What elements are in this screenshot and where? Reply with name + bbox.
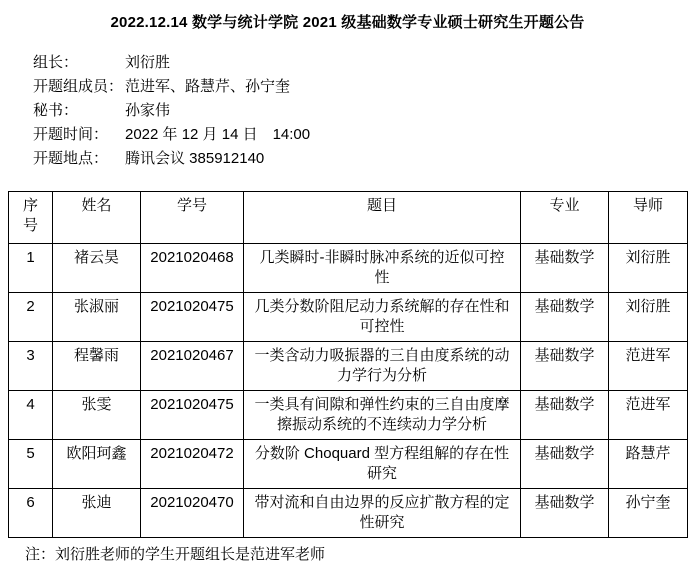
footnote: 注：刘衍胜老师的学生开题组长是范进军老师 bbox=[25, 545, 695, 562]
info-label: 秘书： bbox=[33, 99, 125, 123]
table-row: 6 张迪 2021020470 带对流和自由边界的反应扩散方程的定性研究 基础数… bbox=[9, 489, 688, 538]
serial-cell: 5 bbox=[9, 440, 53, 489]
info-value: 2022 年 12 月 14 日 14:00 bbox=[125, 123, 695, 147]
name-cell: 张淑丽 bbox=[53, 293, 141, 342]
advisor-cell: 范进军 bbox=[609, 391, 688, 440]
info-label: 开题地点： bbox=[33, 147, 125, 171]
table-row: 1 褚云昊 2021020468 几类瞬时-非瞬时脉冲系统的近似可控性 基础数学… bbox=[9, 244, 688, 293]
info-row-location: 开题地点： 腾讯会议 385912140 bbox=[33, 147, 695, 171]
name-cell: 欧阳珂鑫 bbox=[53, 440, 141, 489]
info-row-secretary: 秘书： 孙家伟 bbox=[33, 99, 695, 123]
student-id-cell: 2021020470 bbox=[141, 489, 244, 538]
serial-cell: 3 bbox=[9, 342, 53, 391]
info-row-time: 开题时间： 2022 年 12 月 14 日 14:00 bbox=[33, 123, 695, 147]
name-cell: 褚云昊 bbox=[53, 244, 141, 293]
table-row: 4 张雯 2021020475 一类具有间隙和弹性约束的三自由度摩擦振动系统的不… bbox=[9, 391, 688, 440]
serial-header: 序号 bbox=[9, 192, 53, 244]
thesis-title-cell: 分数阶 Choquard 型方程组解的存在性研究 bbox=[244, 440, 521, 489]
thesis-title-cell: 带对流和自由边界的反应扩散方程的定性研究 bbox=[244, 489, 521, 538]
major-cell: 基础数学 bbox=[521, 342, 609, 391]
serial-cell: 2 bbox=[9, 293, 53, 342]
table-row: 5 欧阳珂鑫 2021020472 分数阶 Choquard 型方程组解的存在性… bbox=[9, 440, 688, 489]
advisor-cell: 路慧芹 bbox=[609, 440, 688, 489]
announcement-document: 2022.12.14 数学与统计学院 2021 级基础数学专业硕士研究生开题公告… bbox=[0, 0, 695, 562]
info-value: 孙家伟 bbox=[125, 99, 695, 123]
advisor-cell: 孙宁奎 bbox=[609, 489, 688, 538]
thesis-title-cell: 一类具有间隙和弹性约束的三自由度摩擦振动系统的不连续动力学分析 bbox=[244, 391, 521, 440]
student-id-header: 学号 bbox=[141, 192, 244, 244]
page-title: 2022.12.14 数学与统计学院 2021 级基础数学专业硕士研究生开题公告 bbox=[0, 0, 695, 33]
name-cell: 张迪 bbox=[53, 489, 141, 538]
major-header: 专业 bbox=[521, 192, 609, 244]
student-id-cell: 2021020475 bbox=[141, 293, 244, 342]
thesis-title-cell: 一类含动力吸振器的三自由度系统的动力学行为分析 bbox=[244, 342, 521, 391]
table-row: 3 程馨雨 2021020467 一类含动力吸振器的三自由度系统的动力学行为分析… bbox=[9, 342, 688, 391]
thesis-title-cell: 几类瞬时-非瞬时脉冲系统的近似可控性 bbox=[244, 244, 521, 293]
thesis-title-header: 题目 bbox=[244, 192, 521, 244]
table-row: 2 张淑丽 2021020475 几类分数阶阻尼动力系统解的存在性和可控性 基础… bbox=[9, 293, 688, 342]
name-cell: 张雯 bbox=[53, 391, 141, 440]
serial-cell: 1 bbox=[9, 244, 53, 293]
info-block: 组长： 刘衍胜 开题组成员： 范进军、路慧芹、孙宁奎 秘书： 孙家伟 开题时间：… bbox=[33, 51, 695, 171]
thesis-title-cell: 几类分数阶阻尼动力系统解的存在性和可控性 bbox=[244, 293, 521, 342]
major-cell: 基础数学 bbox=[521, 489, 609, 538]
student-id-cell: 2021020467 bbox=[141, 342, 244, 391]
serial-cell: 6 bbox=[9, 489, 53, 538]
major-cell: 基础数学 bbox=[521, 293, 609, 342]
info-value: 范进军、路慧芹、孙宁奎 bbox=[125, 75, 695, 99]
info-row-leader: 组长： 刘衍胜 bbox=[33, 51, 695, 75]
info-label: 组长： bbox=[33, 51, 125, 75]
students-table: 序号 姓名 学号 题目 专业 导师 1 褚云昊 2021020468 几类瞬时-… bbox=[8, 191, 688, 538]
advisor-cell: 刘衍胜 bbox=[609, 293, 688, 342]
major-cell: 基础数学 bbox=[521, 244, 609, 293]
info-label: 开题组成员： bbox=[33, 75, 125, 99]
major-cell: 基础数学 bbox=[521, 440, 609, 489]
advisor-header: 导师 bbox=[609, 192, 688, 244]
info-row-committee: 开题组成员： 范进军、路慧芹、孙宁奎 bbox=[33, 75, 695, 99]
advisor-cell: 范进军 bbox=[609, 342, 688, 391]
info-label: 开题时间： bbox=[33, 123, 125, 147]
table-header-row: 序号 姓名 学号 题目 专业 导师 bbox=[9, 192, 688, 244]
advisor-cell: 刘衍胜 bbox=[609, 244, 688, 293]
student-id-cell: 2021020475 bbox=[141, 391, 244, 440]
info-value: 腾讯会议 385912140 bbox=[125, 147, 695, 171]
student-id-cell: 2021020472 bbox=[141, 440, 244, 489]
info-value: 刘衍胜 bbox=[125, 51, 695, 75]
name-header: 姓名 bbox=[53, 192, 141, 244]
student-id-cell: 2021020468 bbox=[141, 244, 244, 293]
major-cell: 基础数学 bbox=[521, 391, 609, 440]
serial-cell: 4 bbox=[9, 391, 53, 440]
name-cell: 程馨雨 bbox=[53, 342, 141, 391]
